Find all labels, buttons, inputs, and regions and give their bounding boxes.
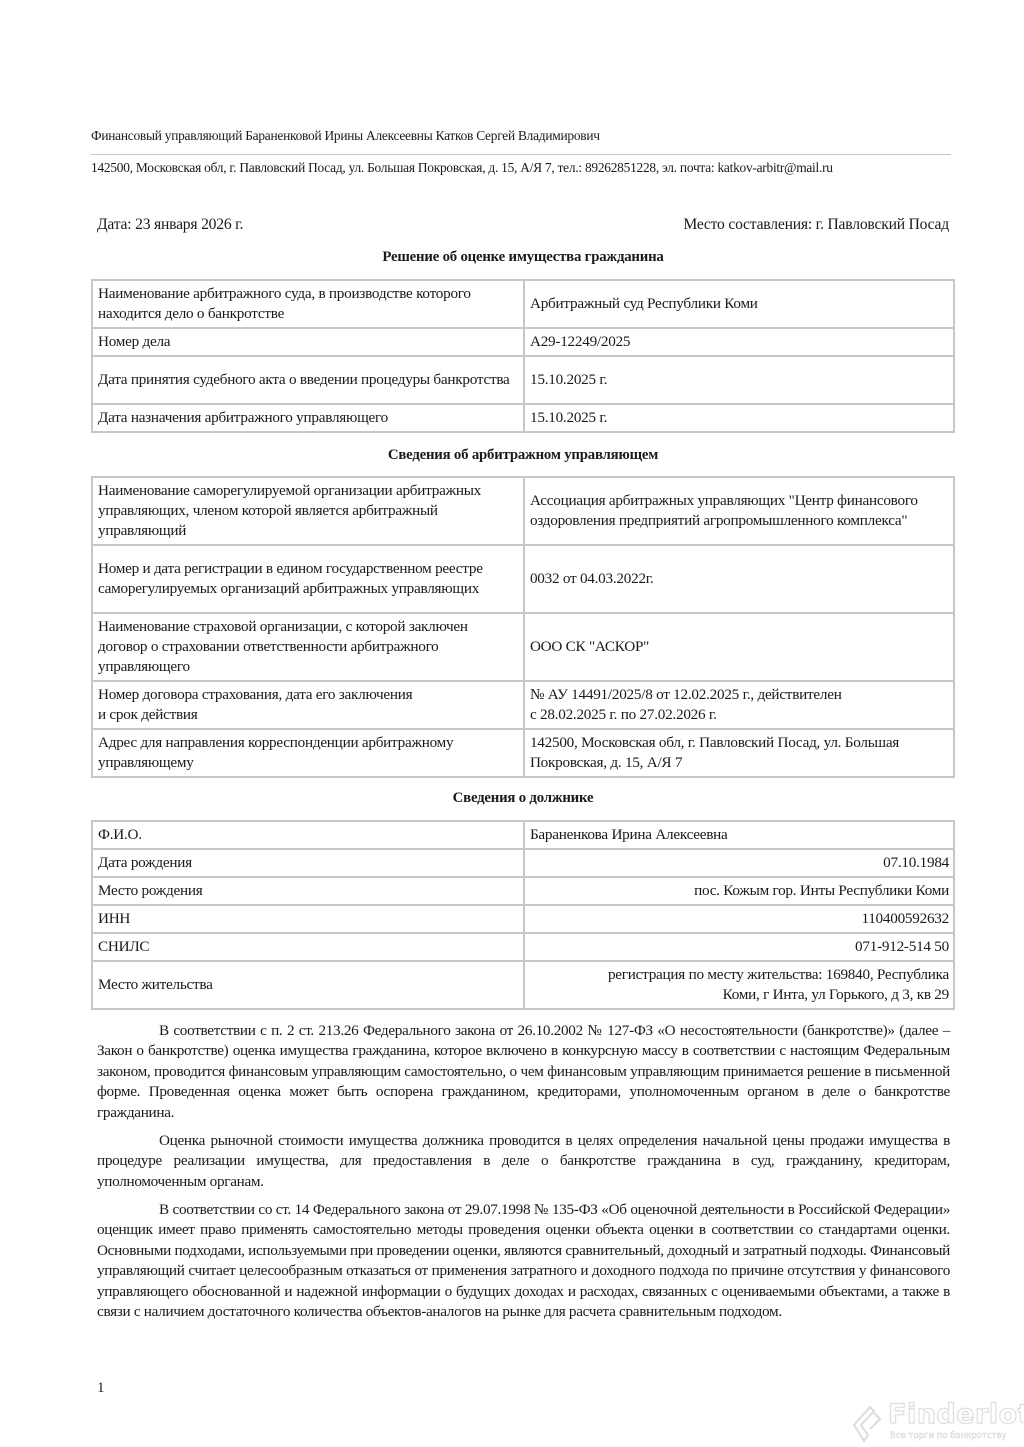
document-meta: Дата: 23 января 2026 г. Место составлени… <box>97 216 949 234</box>
row-key-line: Номер договора страхования, дата его зак… <box>98 685 518 705</box>
row-value: Ассоциация арбитражных управляющих "Цент… <box>524 477 954 545</box>
row-value: Бараненкова Ирина Алексеевна <box>524 821 954 849</box>
table-row: Дата рождения 07.10.1984 <box>92 849 954 877</box>
row-value: 07.10.1984 <box>524 849 954 877</box>
row-value: 110400592632 <box>524 905 954 933</box>
finderlot-logo-icon <box>850 1405 884 1443</box>
row-key: Номер договора страхования, дата его зак… <box>92 681 524 729</box>
row-key: Наименование страховой организации, с ко… <box>92 613 524 681</box>
table-row: Номер и дата регистрации в едином госуда… <box>92 545 954 613</box>
row-value-line: Коми, г Инта, ул Горького, д 3, кв 29 <box>530 985 949 1005</box>
body-paragraph: Оценка рыночной стоимости имущества долж… <box>97 1131 950 1192</box>
row-key: Место жительства <box>92 961 524 1009</box>
row-key: Место рождения <box>92 877 524 905</box>
table-row: Адрес для направления корреспонденции ар… <box>92 729 954 777</box>
watermark-tagline: Все торги по банкротству <box>890 1431 1007 1441</box>
watermark: Finderlot Все торги по банкротству <box>850 1403 1020 1445</box>
table-row: Номер договора страхования, дата его зак… <box>92 681 954 729</box>
manager-header-line: Финансовый управляющий Бараненковой Ирин… <box>91 128 600 144</box>
watermark-brand: Finderlot <box>888 1399 1024 1430</box>
table-row: Номер дела А29-12249/2025 <box>92 328 954 356</box>
row-key: Номер дела <box>92 328 524 356</box>
body-paragraph: В соответствии с п. 2 ст. 213.26 Федерал… <box>97 1021 950 1123</box>
row-key: Ф.И.О. <box>92 821 524 849</box>
table-row: Дата назначения арбитражного управляющег… <box>92 404 954 432</box>
row-key: Дата рождения <box>92 849 524 877</box>
row-key: ИНН <box>92 905 524 933</box>
row-value-line: № АУ 14491/2025/8 от 12.02.2025 г., дейс… <box>530 685 948 705</box>
table-row: ИНН 110400592632 <box>92 905 954 933</box>
row-key: Адрес для направления корреспонденции ар… <box>92 729 524 777</box>
table-row: Место рождения пос. Кожым гор. Инты Респ… <box>92 877 954 905</box>
decision-table: Наименование арбитражного суда, в произв… <box>91 279 955 433</box>
row-value-line: с 28.02.2025 г. по 27.02.2026 г. <box>530 705 948 725</box>
row-value: регистрация по месту жительства: 169840,… <box>524 961 954 1009</box>
section-title-decision: Решение об оценке имущества гражданина <box>91 249 955 266</box>
body-paragraph: В соответствии со ст. 14 Федерального за… <box>97 1200 950 1322</box>
row-value: ООО СК "АСКОР" <box>524 613 954 681</box>
row-key-line: и срок действия <box>98 705 518 725</box>
row-value: № АУ 14491/2025/8 от 12.02.2025 г., дейс… <box>524 681 954 729</box>
table-row: Наименование арбитражного суда, в произв… <box>92 280 954 328</box>
page-number: 1 <box>97 1380 105 1397</box>
manager-table: Наименование саморегулируемой организаци… <box>91 476 955 778</box>
row-key: Дата назначения арбитражного управляющег… <box>92 404 524 432</box>
row-key: Дата принятия судебного акта о введении … <box>92 356 524 404</box>
document-place: Место составления: г. Павловский Посад <box>683 216 949 234</box>
row-value: 0032 от 04.03.2022г. <box>524 545 954 613</box>
row-value: 15.10.2025 г. <box>524 404 954 432</box>
row-key: СНИЛС <box>92 933 524 961</box>
section-title-debtor: Сведения о должнике <box>91 790 955 807</box>
section-title-manager: Сведения об арбитражном управляющем <box>91 447 955 464</box>
row-key: Наименование саморегулируемой организаци… <box>92 477 524 545</box>
row-value: 142500, Московская обл, г. Павловский По… <box>524 729 954 777</box>
row-value-line: регистрация по месту жительства: 169840,… <box>530 965 949 985</box>
debtor-table: Ф.И.О. Бараненкова Ирина Алексеевна Дата… <box>91 820 955 1010</box>
table-row: Наименование саморегулируемой организаци… <box>92 477 954 545</box>
table-row: Ф.И.О. Бараненкова Ирина Алексеевна <box>92 821 954 849</box>
row-value: пос. Кожым гор. Инты Республики Коми <box>524 877 954 905</box>
table-row: Дата принятия судебного акта о введении … <box>92 356 954 404</box>
document-date: Дата: 23 января 2026 г. <box>97 216 243 234</box>
row-value: А29-12249/2025 <box>524 328 954 356</box>
table-row: Место жительства регистрация по месту жи… <box>92 961 954 1009</box>
row-key: Номер и дата регистрации в едином госуда… <box>92 545 524 613</box>
table-row: Наименование страховой организации, с ко… <box>92 613 954 681</box>
row-key: Наименование арбитражного суда, в произв… <box>92 280 524 328</box>
header-divider <box>91 154 951 155</box>
row-value: 071-912-514 50 <box>524 933 954 961</box>
table-row: СНИЛС 071-912-514 50 <box>92 933 954 961</box>
row-value: 15.10.2025 г. <box>524 356 954 404</box>
manager-contacts-line: 142500, Московская обл, г. Павловский По… <box>91 160 833 176</box>
row-value: Арбитражный суд Республики Коми <box>524 280 954 328</box>
